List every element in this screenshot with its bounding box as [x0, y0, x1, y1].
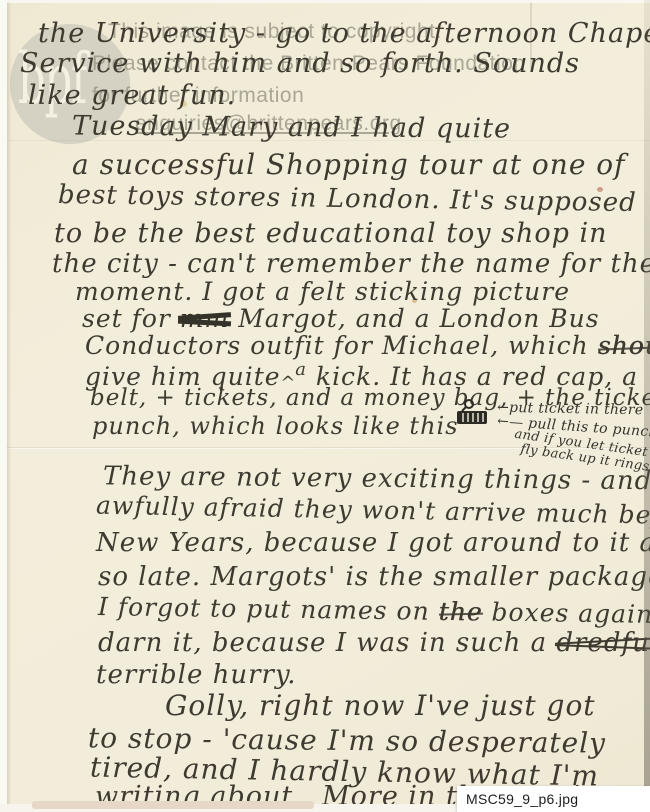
line-text: Margot, and a London Bus	[229, 304, 599, 333]
handwriting-line: awfully afraid they won't arrive much be…	[96, 491, 650, 531]
scanned-letter-page: bpf This image is subject to copyright. …	[0, 0, 650, 812]
line-text: Service with him and so forth. Sounds	[20, 48, 580, 79]
handwriting-line: best toys stores in London. It's suppose…	[58, 180, 637, 218]
handwriting-line: punch, which looks like this	[92, 412, 459, 440]
scan-edge-top	[0, 0, 650, 3]
line-text: Golly, right now I've just got	[165, 689, 596, 722]
line-text: moment. I got a felt sticking picture	[75, 277, 570, 306]
handwriting-line: set for mm Margot, and a London Bus	[82, 304, 600, 333]
filename-label: MSC59_9_p6.jpg	[457, 786, 650, 812]
line-text: set for	[82, 304, 180, 333]
line-text: Tuesday Mary and I had quite	[72, 110, 511, 144]
overwritten-word: the	[438, 597, 482, 627]
line-text: awfully afraid they won't arrive much be…	[96, 491, 650, 531]
scan-edge-right	[644, 0, 650, 812]
page-underlay-edge	[32, 801, 314, 809]
handwriting-line: Service with him and so forth. Sounds	[20, 48, 580, 79]
line-text: New Years, because I got around to it al…	[96, 528, 650, 558]
line-text: so late. Margots' is the smaller package…	[98, 562, 650, 592]
handwriting-line: New Years, because I got around to it al…	[96, 528, 650, 558]
line-text: punch, which looks like this	[92, 412, 459, 440]
handwriting-line: a successful Shopping tour at one of	[72, 148, 626, 181]
handwriting-line: terrible hurry.	[96, 660, 296, 690]
line-text: the city - can't remember the name for t…	[52, 249, 650, 279]
overwritten-word: should	[598, 331, 650, 360]
handwriting-line: Golly, right now I've just got	[165, 689, 596, 722]
line-text: the University - go to the afternoon Cha…	[38, 18, 650, 49]
line-text: Conductors outfit for Michael, which	[85, 331, 598, 360]
scan-edge-left	[0, 0, 7, 812]
scribbled-out-word: mm	[180, 304, 229, 333]
handwriting-line: darn it, because I was in such a dredful	[98, 628, 650, 658]
handwriting-line: Conductors outfit for Michael, which sho…	[85, 331, 650, 360]
line-text: boxes again,	[482, 597, 650, 629]
line-text: darn it, because I was in such a	[98, 628, 556, 658]
line-text: terrible hurry.	[96, 660, 296, 690]
handwriting-line: the University - go to the afternoon Cha…	[38, 18, 650, 49]
handwriting-line: to be the best educational toy shop in	[54, 218, 608, 249]
ticket-punch-drawing	[455, 398, 495, 430]
handwriting-line: the city - can't remember the name for t…	[52, 249, 650, 279]
handwriting-line: I forgot to put names on the boxes again…	[98, 592, 650, 629]
handwriting-line: Tuesday Mary and I had quite	[72, 110, 511, 144]
filename-text: MSC59_9_p6.jpg	[457, 786, 650, 807]
line-text: a successful Shopping tour at one of	[72, 148, 626, 181]
inserted-word: a	[295, 359, 307, 380]
line-text: like great fun.	[28, 80, 236, 111]
handwriting-line: moment. I got a felt sticking picture	[75, 277, 570, 306]
handwriting-line: so late. Margots' is the smaller package…	[98, 562, 650, 592]
line-text: best toys stores in London. It's suppose…	[58, 180, 637, 218]
line-text: to be the best educational toy shop in	[54, 218, 608, 249]
struck-through-word: dredful	[556, 628, 650, 658]
handwriting-line: like great fun.	[28, 80, 236, 111]
line-text: I forgot to put names on	[98, 592, 439, 626]
